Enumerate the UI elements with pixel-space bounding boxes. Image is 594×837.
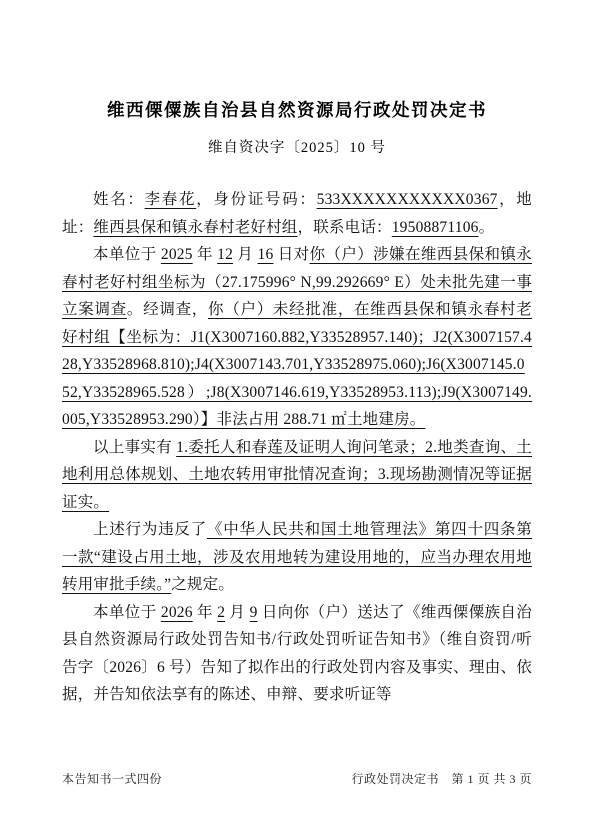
plain-text: 本单位于: [93, 604, 161, 621]
plain-text: 。: [479, 219, 495, 236]
plain-text: 月: [225, 604, 249, 621]
plain-text: 年: [193, 604, 217, 621]
plain-text: 本单位于: [93, 246, 161, 263]
paragraph: 本单位于 2025 年 12 月 16 日对你（户）涉嫌在维西县保和镇永春村老好…: [62, 241, 532, 434]
underlined-text: 2: [217, 604, 225, 621]
paragraph: 姓名：李春花，身份证号码：533XXXXXXXXXXX0367，地址：维西县保和…: [62, 186, 532, 241]
underlined-text: 19508871106: [392, 219, 479, 236]
footer-copies-note: 本告知书一式四份: [62, 770, 162, 787]
plain-text: 年: [193, 246, 217, 263]
document-title: 维西傈僳族自治县自然资源局行政处罚决定书: [0, 0, 594, 123]
paragraph: 以上事实有 1.委托人和春莲及证明人询问笔录；2.地类查询、土地利用总体规划、土…: [62, 434, 532, 517]
paragraph: 上述行为违反了《中华人民共和国土地管理法》第四十四条第一款“建设占用土地，涉及农…: [62, 516, 532, 599]
document-page: 维西傈僳族自治县自然资源局行政处罚决定书 维自资决字〔2025〕10 号 姓名：…: [0, 0, 594, 837]
document-body: 姓名：李春花，身份证号码：533XXXXXXXXXXX0367，地址：维西县保和…: [62, 186, 532, 709]
document-footer: 本告知书一式四份 行政处罚决定书 第 1 页 共 3 页: [62, 770, 532, 787]
plain-text: 。经调查，: [127, 301, 208, 318]
underlined-text: 李春花: [145, 191, 197, 208]
plain-text: 日对: [273, 246, 309, 263]
document-number: 维自资决字〔2025〕10 号: [0, 123, 594, 159]
underlined-text: 16: [258, 246, 274, 263]
underlined-text: 你（户）未经批准，在维西县保和镇永春村老好村组【坐标为：J1(X3007160.…: [62, 301, 532, 428]
underlined-text: 2025: [161, 246, 193, 263]
plain-text: ，联系电话：: [298, 219, 392, 236]
plain-text: 之规定。: [171, 576, 234, 593]
plain-text: ，身份证号码：: [196, 191, 316, 208]
plain-text: 上述行为违反了: [93, 521, 207, 538]
paragraph: 本单位于 2026 年 2 月 9 日向你（户）送达了《维西傈僳族自治县自然资源…: [62, 599, 532, 709]
plain-text: 姓名：: [93, 191, 145, 208]
underlined-text: 12: [217, 246, 233, 263]
plain-text: 以上事实有: [93, 439, 176, 456]
underlined-text: 533XXXXXXXXXXX0367: [317, 191, 498, 208]
plain-text: 月: [233, 246, 257, 263]
footer-page-indicator: 行政处罚决定书 第 1 页 共 3 页: [351, 770, 532, 787]
underlined-text: 2026: [161, 604, 193, 621]
underlined-text: 维西县保和镇永春村老好村组: [93, 219, 297, 236]
underlined-text: 9: [250, 604, 258, 621]
